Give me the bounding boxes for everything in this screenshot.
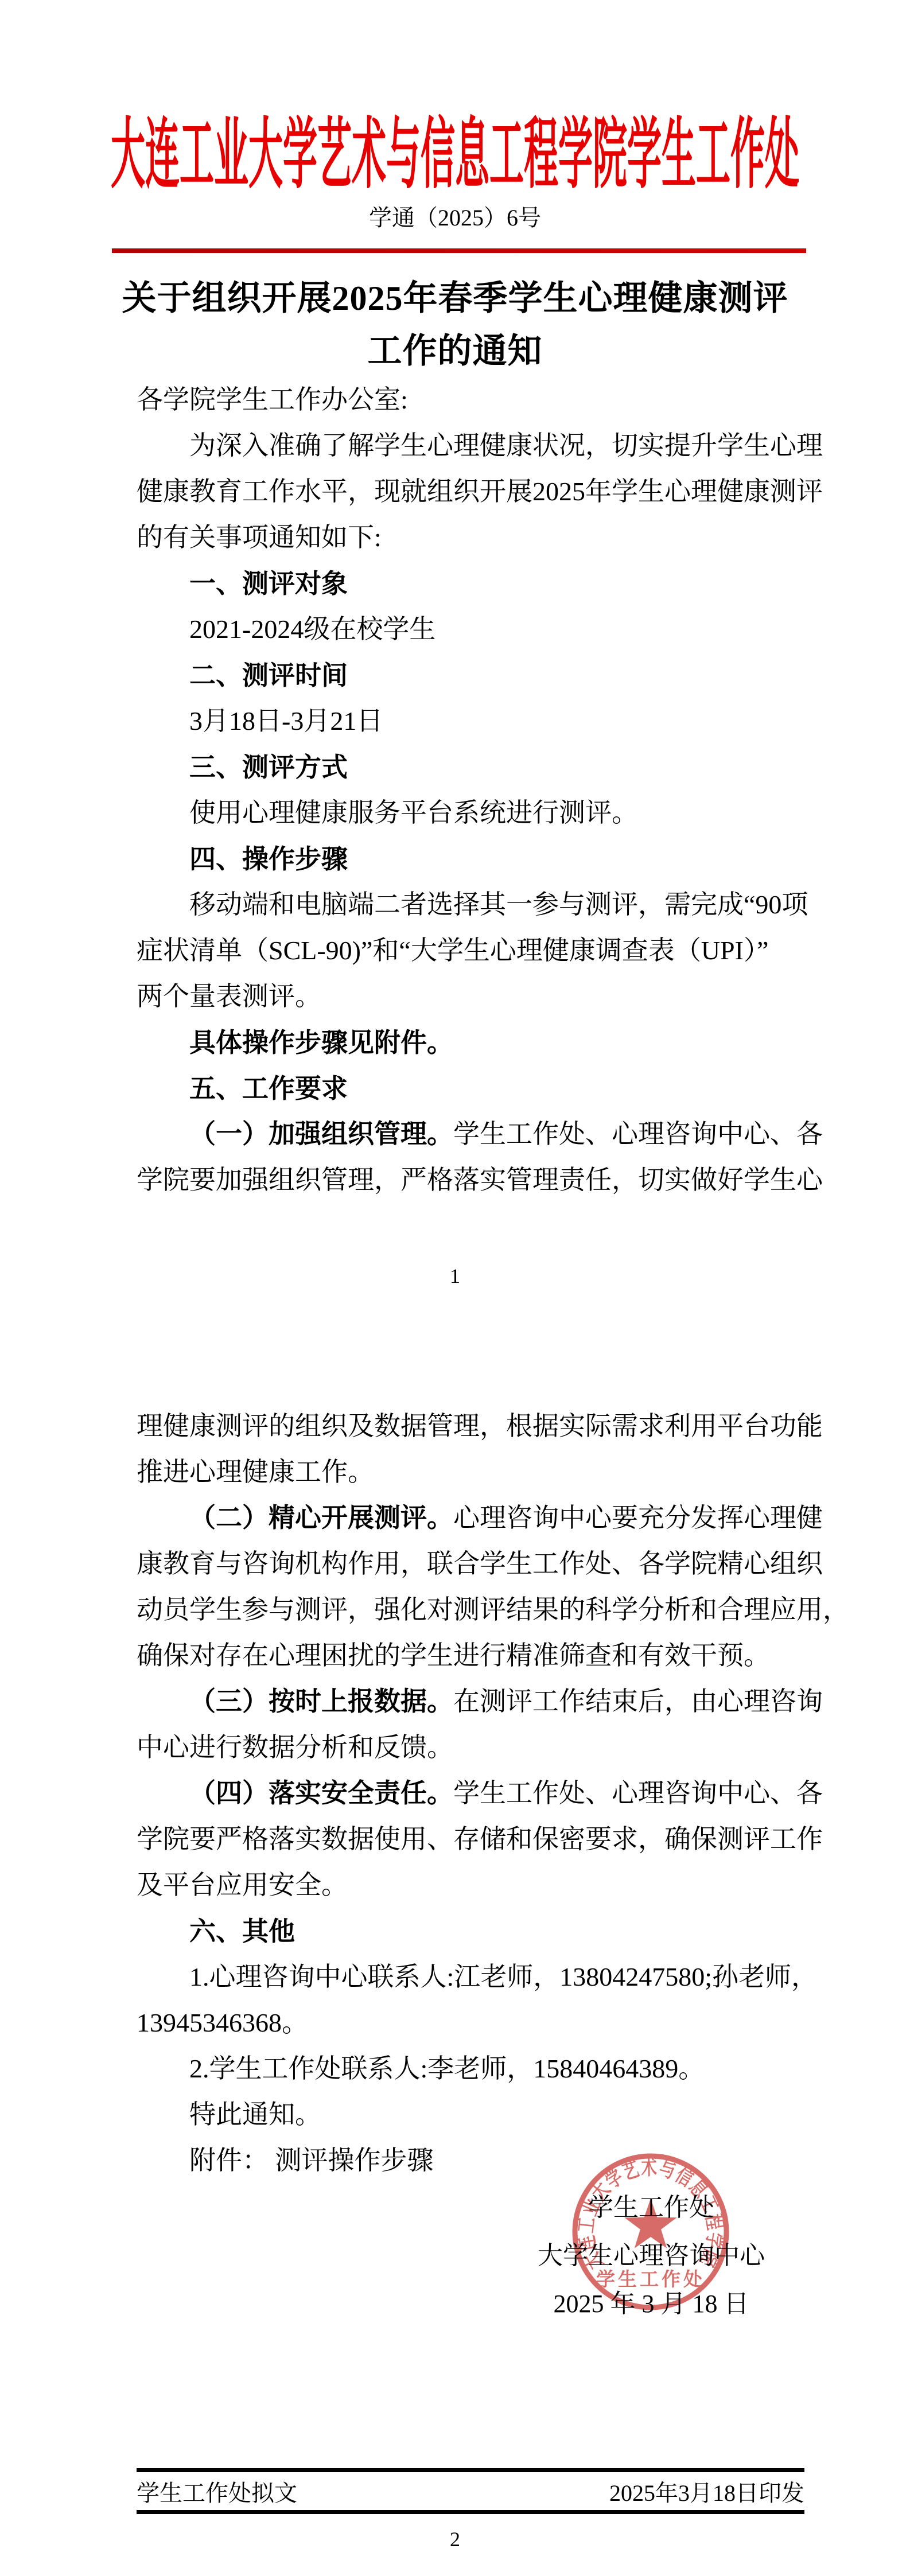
paragraph-lead: （一）加强组织管理。: [189, 1119, 453, 1149]
body-line: 康教育与咨询机构作用，联合学生工作处、各学院精心组织: [137, 1541, 804, 1587]
body-line: （四）落实安全责任。学生工作处、心理咨询中心、各: [137, 1770, 804, 1816]
document-title-line2: 工作的通知: [0, 325, 910, 378]
body-line: 各学院学生工作办公室:: [137, 377, 804, 423]
body-line: 两个量表测评。: [137, 974, 804, 1019]
page2-body: 理健康测评的组织及数据管理，根据实际需求利用平台功能推进心理健康工作。（二）精心…: [137, 1403, 804, 2184]
body-line: 移动端和电脑端二者选择其一参与测评，需完成“90项: [137, 882, 804, 928]
letterhead-divider-line: [112, 248, 806, 253]
letterhead: 大连工业大学艺术与信息工程学院学生工作处: [0, 108, 910, 189]
body-line: 1.心理咨询中心联系人:江老师，13804247580;孙老师，: [137, 1954, 804, 2000]
section-heading: 一、测评对象: [137, 561, 804, 606]
footer-rule-block: 学生工作处拟文 2025年3月18日印发: [137, 2468, 804, 2514]
body-line: （二）精心开展测评。心理咨询中心要充分发挥心理健: [137, 1495, 804, 1541]
official-seal-stamp: 大连工业大学艺术与信息工程学院 学生工作处: [569, 2150, 732, 2313]
document-page: 大连工业大学艺术与信息工程学院学生工作处 学通（2025）6号 关于组织开展20…: [0, 0, 910, 2576]
document-title-line1: 关于组织开展2025年春季学生心理健康测评: [0, 272, 910, 325]
section-heading: 四、操作步骤: [137, 836, 804, 882]
body-line: 2.学生工作处联系人:李老师，15840464389。: [137, 2046, 804, 2092]
section-heading: 二、测评时间: [137, 652, 804, 698]
section-heading: 六、其他: [137, 1908, 804, 1954]
paragraph-lead: （三）按时上报数据。: [189, 1687, 453, 1716]
body-line: 2021-2024级在校学生: [137, 606, 804, 652]
body-line: 特此通知。: [137, 2092, 804, 2138]
body-line: 使用心理健康服务平台系统进行测评。: [137, 790, 804, 836]
page1-body: 各学院学生工作办公室:为深入准确了解学生心理健康状况，切实提升学生心理健康教育工…: [137, 377, 804, 1203]
paragraph-text: 学生工作处、心理咨询中心、各: [453, 1779, 823, 1808]
footer-drafter: 学生工作处拟文: [137, 2475, 297, 2508]
body-line: 中心进行数据分析和反馈。: [137, 1725, 804, 1770]
section-heading: 具体操作步骤见附件。: [137, 1019, 804, 1065]
body-line: 推进心理健康工作。: [137, 1449, 804, 1495]
document-title: 关于组织开展2025年春季学生心理健康测评 工作的通知: [0, 272, 910, 378]
page2-number: 2: [0, 2523, 910, 2555]
body-line: 的有关事项通知如下:: [137, 515, 804, 561]
body-line: 为深入准确了解学生心理健康状况，切实提升学生心理: [137, 423, 804, 469]
body-line: 症状清单（SCL-90)”和“大学生心理健康调查表（UPI）”: [137, 928, 804, 974]
body-line: （三）按时上报数据。在测评工作结束后，由心理咨询: [137, 1679, 804, 1725]
paragraph-lead: （二）精心开展测评。: [189, 1503, 453, 1532]
body-line: 学院要严格落实数据使用、存储和保密要求，确保测评工作: [137, 1816, 804, 1862]
page1-number: 1: [0, 1260, 910, 1292]
paragraph-lead: （四）落实安全责任。: [189, 1779, 453, 1808]
footer-row: 学生工作处拟文 2025年3月18日印发: [137, 2472, 804, 2510]
body-line: 动员学生参与测评，强化对测评结果的科学分析和合理应用，: [137, 1587, 804, 1633]
paragraph-text: 学生工作处、心理咨询中心、各: [453, 1119, 823, 1149]
seal-star-icon: [624, 2198, 676, 2248]
body-line: 理健康测评的组织及数据管理，根据实际需求利用平台功能: [137, 1403, 804, 1449]
section-heading: 五、工作要求: [137, 1065, 804, 1111]
letterhead-org-title: 大连工业大学艺术与信息工程学院学生工作处: [111, 93, 799, 204]
body-line: 13945346368。: [137, 2000, 804, 2046]
section-heading: 三、测评方式: [137, 744, 804, 790]
document-number: 学通（2025）6号: [0, 202, 910, 234]
footer-issue-date: 2025年3月18日印发: [609, 2475, 804, 2508]
body-line: 学院要加强组织管理，严格落实管理责任，切实做好学生心: [137, 1157, 804, 1203]
body-line: （一）加强组织管理。学生工作处、心理咨询中心、各: [137, 1111, 804, 1157]
body-line: 确保对存在心理困扰的学生进行精准筛查和有效干预。: [137, 1633, 804, 1679]
body-line: 及平台应用安全。: [137, 1862, 804, 1908]
paragraph-text: 心理咨询中心要充分发挥心理健: [453, 1503, 823, 1532]
body-line: 健康教育工作水平，现就组织开展2025年学生心理健康测评: [137, 469, 804, 515]
paragraph-text: 在测评工作结束后，由心理咨询: [453, 1687, 823, 1716]
body-line: 3月18日-3月21日: [137, 698, 804, 744]
seal-center-text: 学生工作处: [596, 2269, 705, 2290]
